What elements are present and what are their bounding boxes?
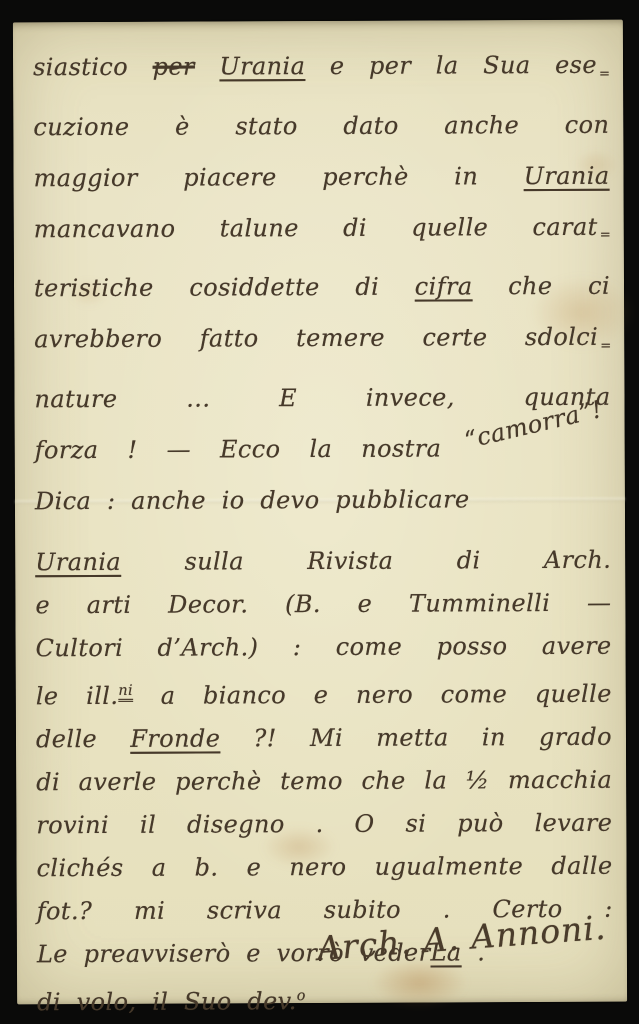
handwriting-segment: = xyxy=(599,66,609,81)
handwriting-segment: ni xyxy=(118,683,133,699)
handwritten-line: le ill.ni a bianco e nero come quelle xyxy=(36,668,612,719)
letter-paragraph: siastico per Urania e per la Sua ese=cuz… xyxy=(33,40,611,527)
handwritten-line: siastico per Urania e per la Sua ese= xyxy=(33,40,609,102)
handwriting-segment: cifra xyxy=(415,273,473,301)
handwriting-segment: per xyxy=(153,53,195,81)
handwriting-segment: clichés a b. e nero ugualmente dalle xyxy=(36,852,612,883)
handwritten-line: Urania sulla Rivista di Arch. xyxy=(35,539,611,585)
handwritten-line: maggior piacere perchè in Urania xyxy=(33,150,609,204)
handwritten-line: cuzione è stato dato anche con xyxy=(33,99,609,153)
handwritten-line: Cultori d’Arch.) : come posso avere xyxy=(35,625,611,671)
handwritten-line: rovini il disegno . O si può levare xyxy=(36,802,612,848)
handwriting-segment: maggior piacere perchè in xyxy=(33,162,523,192)
letter-body: siastico per Urania e per la Sua ese=cuz… xyxy=(33,40,613,1024)
handwritten-line: delle Fronde ?! Mi metta in grado xyxy=(36,716,612,762)
handwriting-segment: e per la Sua ese xyxy=(305,51,597,80)
handwritten-line: e arti Decor. (B. e Tumminelli — xyxy=(35,582,611,628)
handwriting-segment: Fronde xyxy=(130,724,220,752)
handwritten-line: Dica : anche io devo pubblicare xyxy=(35,474,611,528)
handwritten-line: di averle perchè temo che la ½ macchia xyxy=(36,759,612,805)
letter-paper: siastico per Urania e per la Sua ese=cuz… xyxy=(13,20,627,1005)
handwriting-segment: di volo, il Suo dev. xyxy=(37,987,297,1016)
handwriting-segment: = xyxy=(600,228,610,243)
handwriting-segment: Urania xyxy=(219,52,305,80)
handwriting-segment: sulla Rivista di Arch. xyxy=(121,546,611,576)
handwriting-segment: Urania xyxy=(35,548,121,576)
handwriting-segment: Dica : anche io devo pubblicare xyxy=(35,485,470,515)
handwriting-segment: le ill. xyxy=(36,682,119,710)
handwritten-line: di volo, il Suo dev.o xyxy=(37,974,613,1024)
handwriting-segment: Urania xyxy=(524,161,610,189)
handwriting-segment: delle xyxy=(36,725,130,753)
scan-background: siastico per Urania e per la Sua ese=cuz… xyxy=(0,0,639,1024)
handwritten-line: avrebbero fatto temere certe sdolci= xyxy=(34,312,610,374)
handwriting-segment: mancavano talune di quelle carat xyxy=(34,212,598,242)
handwriting-segment: o xyxy=(297,988,306,1004)
handwriting-segment: di averle perchè temo che la ½ macchia xyxy=(36,766,612,797)
handwriting-segment: teristiche cosiddette di xyxy=(34,273,415,303)
handwriting-segment: = xyxy=(600,339,610,354)
handwriting-segment: avrebbero fatto temere certe sdolci xyxy=(34,323,598,353)
handwriting-segment: che ci xyxy=(472,272,610,301)
handwriting-segment: cuzione è stato dato anche con xyxy=(33,110,609,141)
handwritten-line: teristiche cosiddette di cifra che ci xyxy=(34,261,610,315)
handwriting-segment: Cultori d’Arch.) : come posso avere xyxy=(36,632,612,663)
handwriting-segment xyxy=(195,52,220,80)
handwriting-segment: siastico xyxy=(33,53,153,82)
handwriting-segment: a bianco e nero come quelle xyxy=(133,680,612,710)
handwriting-segment: forza ! — Ecco la nostra xyxy=(35,434,471,464)
handwriting-segment: rovini il disegno . O si può levare xyxy=(36,809,612,840)
handwritten-line: forza ! — Ecco la nostra “camorra”! xyxy=(35,423,611,477)
handwriting-segment: ?! Mi metta in grado xyxy=(220,723,612,753)
handwritten-line: mancavano talune di quelle carat= xyxy=(34,201,610,263)
handwriting-segment: e arti Decor. (B. e Tumminelli — xyxy=(35,589,611,620)
handwritten-line: clichés a b. e nero ugualmente dalle xyxy=(36,845,612,891)
